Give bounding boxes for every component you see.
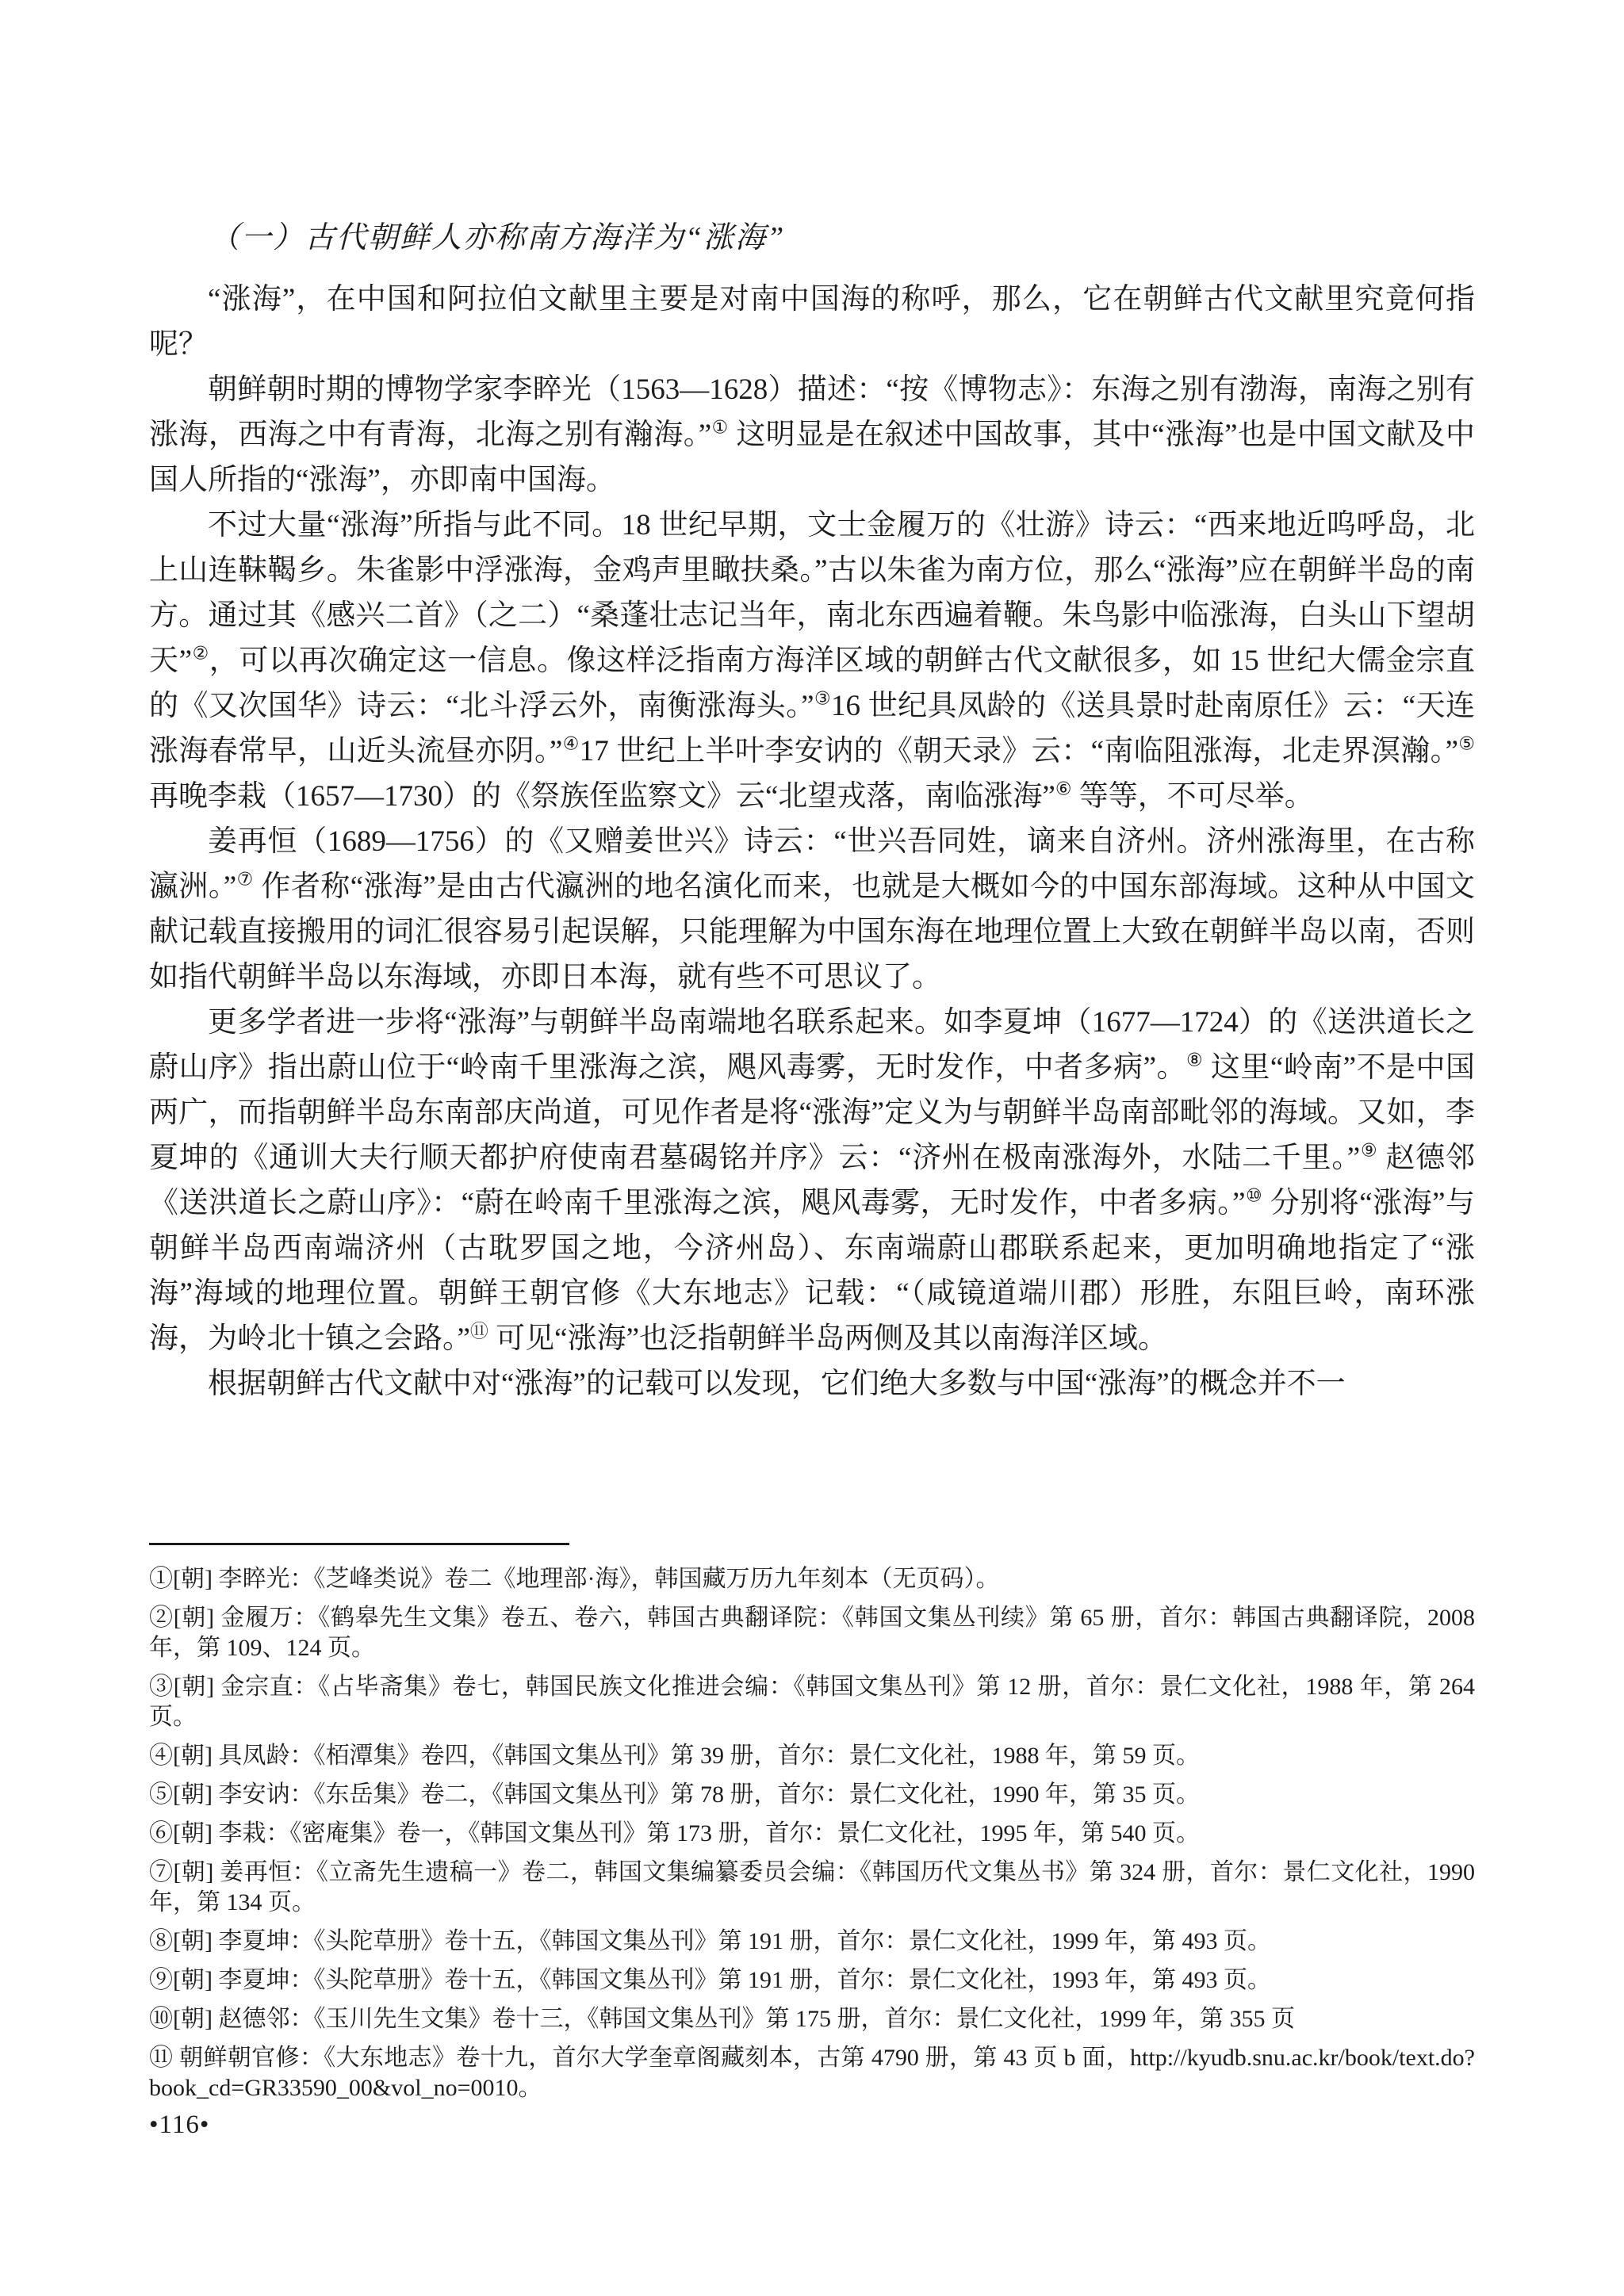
footnote-item: ⑥[朝] 李栽：《密庵集》卷一，《韩国文集丛刊》第 173 册，首尔：景仁文化社… — [149, 1819, 1475, 1849]
footnote-item: ⑩[朝] 赵德邻：《玉川先生文集》卷十三，《韩国文集丛刊》第 175 册，首尔：… — [149, 2004, 1475, 2034]
body-paragraph: 姜再恒（1689—1756）的《又赠姜世兴》诗云：“世兴吾同姓，谪来自济州。济州… — [149, 819, 1475, 1000]
section-heading: （一）古代朝鲜人亦称南方海洋为“涨海” — [149, 216, 1475, 261]
footnote-item: ①[朝] 李睟光：《芝峰类说》卷二《地理部·海》，韩国藏万历九年刻本（无页码）。 — [149, 1564, 1475, 1594]
footnote-item: ⑨[朝] 李夏坤：《头陀草册》卷十五，《韩国文集丛刊》第 191 册，首尔：景仁… — [149, 1965, 1475, 1996]
footnote-item: ②[朝] 金履万：《鹤皋先生文集》卷五、卷六，韩国古典翻译院：《韩国文集丛刊续》… — [149, 1603, 1475, 1663]
body-paragraph: 更多学者进一步将“涨海”与朝鲜半岛南端地名联系起来。如李夏坤（1677—1724… — [149, 1000, 1475, 1361]
footnote-separator — [149, 1543, 569, 1545]
main-text-block: （一）古代朝鲜人亦称南方海洋为“涨海” “涨海”，在中国和阿拉伯文献里主要是对南… — [149, 216, 1475, 1406]
body-paragraph: “涨海”，在中国和阿拉伯文献里主要是对南中国海的称呼，那么，它在朝鲜古代文献里究… — [149, 277, 1475, 367]
footnotes-section: ①[朝] 李睟光：《芝峰类说》卷二《地理部·海》，韩国藏万历九年刻本（无页码）。… — [149, 1543, 1475, 2112]
body-paragraph: 不过大量“涨海”所指与此不同。18 世纪早期，文士金履万的《壮游》诗云：“西来地… — [149, 503, 1475, 819]
body-paragraph: 朝鲜朝时期的博物学家李睟光（1563—1628）描述：“按《博物志》：东海之别有… — [149, 367, 1475, 503]
footnote-item: ③[朝] 金宗直：《占毕斋集》卷七，韩国民族文化推进会编：《韩国文集丛刊》第 1… — [149, 1672, 1475, 1732]
document-page: （一）古代朝鲜人亦称南方海洋为“涨海” “涨海”，在中国和阿拉伯文献里主要是对南… — [0, 0, 1624, 2296]
footnote-item: ⑧[朝] 李夏坤：《头陀草册》卷十五，《韩国文集丛刊》第 191 册，首尔：景仁… — [149, 1927, 1475, 1957]
body-paragraph: 根据朝鲜古代文献中对“涨海”的记载可以发现，它们绝大多数与中国“涨海”的概念并不… — [149, 1361, 1475, 1406]
page-number: •116• — [149, 2110, 209, 2140]
footnote-item: ⑤[朝] 李安讷：《东岳集》卷二，《韩国文集丛刊》第 78 册，首尔：景仁文化社… — [149, 1780, 1475, 1810]
footnote-item: ⑦[朝] 姜再恒：《立斋先生遗稿一》卷二，韩国文集编纂委员会编：《韩国历代文集丛… — [149, 1858, 1475, 1918]
footnote-item: ⑪ 朝鲜朝官修：《大东地志》卷十九，首尔大学奎章阁藏刻本，古第 4790 册，第… — [149, 2043, 1475, 2103]
footnote-item: ④[朝] 具凤龄：《栢潭集》卷四，《韩国文集丛刊》第 39 册，首尔：景仁文化社… — [149, 1741, 1475, 1771]
